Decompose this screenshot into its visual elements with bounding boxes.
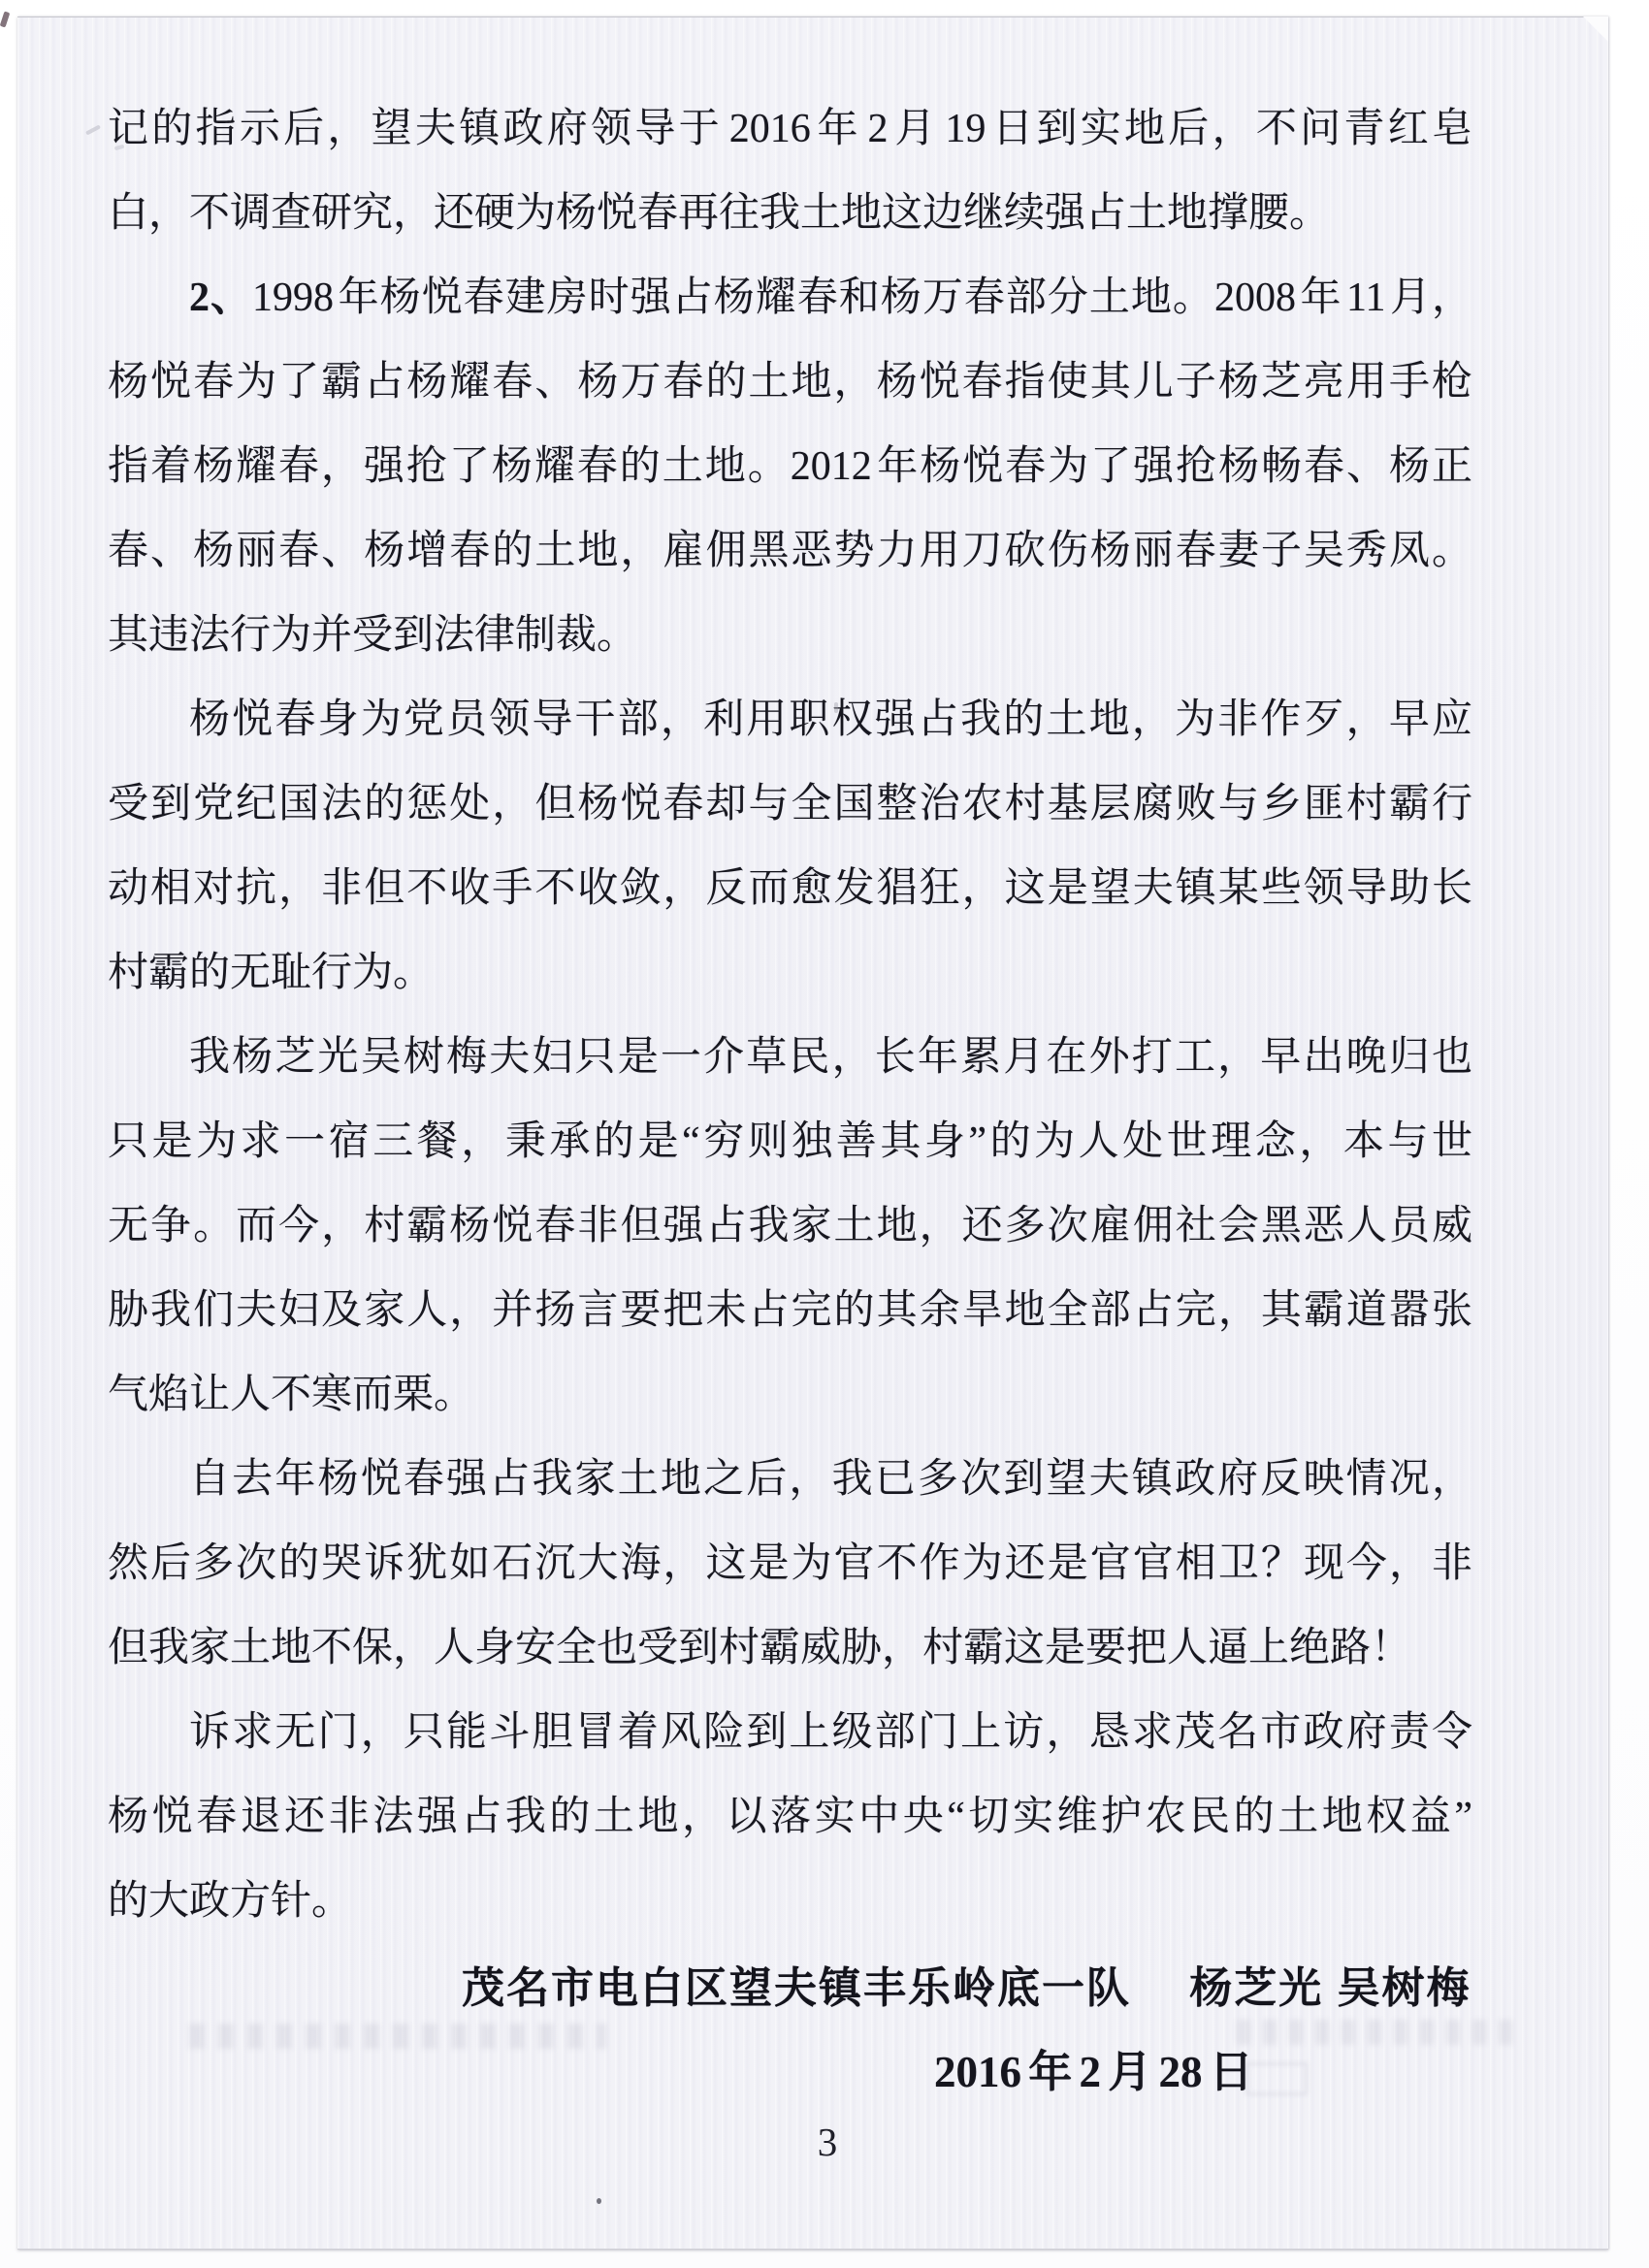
- text-line: 春、杨丽春、杨增春的土地，雇佣黑恶势力用刀砍伤杨丽春妻子吴秀凤。: [108, 509, 1472, 594]
- text-line: 的大政方针。: [108, 1860, 1472, 1944]
- text-line: 只是为求一宿三餐，秉承的是“穷则独善其身”的为人处世理念，本与世: [108, 1100, 1472, 1184]
- text-line: 动相对抗，非但不收手不收敛，反而愈发猖狂，这是望夫镇某些领导助长: [108, 847, 1472, 931]
- text-line: 然后多次的哭诉犹如石沉大海，这是为官不作为还是官官相卫？现今，非: [108, 1522, 1472, 1606]
- document-body: 记的指示后，望夫镇政府领导于 2016 年 2 月 19 日到实地后，不问青红皂…: [108, 87, 1472, 1944]
- text-line: 记的指示后，望夫镇政府领导于 2016 年 2 月 19 日到实地后，不问青红皂: [108, 87, 1472, 172]
- signature-line: 茂名市电白区望夫镇丰乐岭底一队 杨芝光 吴树梅: [462, 1960, 1471, 2018]
- text-line: 我杨芝光吴树梅夫妇只是一介草民，长年累月在外打工，早出晚归也: [108, 1016, 1472, 1100]
- page-corner-clip: [1583, 16, 1608, 42]
- text-line: 杨悦春身为党员领导干部，利用职权强占我的土地，为非作歹，早应: [108, 678, 1472, 762]
- text-line: 气焰让人不寒而栗。: [108, 1353, 1472, 1438]
- text-line: 无争。而今，村霸杨悦春非但强占我家土地，还多次雇佣社会黑恶人员威: [108, 1184, 1472, 1269]
- paragraph-number: 2、: [189, 275, 252, 320]
- text-line: 白，不调查研究，还硬为杨悦春再往我土地这边继续强占土地撑腰。: [108, 172, 1472, 256]
- text-line: 村霸的无耻行为。: [108, 931, 1472, 1016]
- text-line-rest: 1998 年杨悦春建房时强占杨耀春和杨万春部分土地。2008 年 11 月，: [252, 275, 1472, 320]
- text-line: 指着杨耀春，强抢了杨耀春的土地。2012 年杨悦春为了强抢杨畅春、杨正: [108, 425, 1472, 509]
- text-line: 杨悦春退还非法强占我的土地，以落实中央“切实维护农民的土地权益”: [108, 1775, 1472, 1860]
- text-line: 自去年杨悦春强占我家土地之后，我已多次到望夫镇政府反映情况，: [108, 1438, 1472, 1522]
- date-line: 2016 年 2 月 28 日: [934, 2045, 1253, 2099]
- text-line: 2、1998 年杨悦春建房时强占杨耀春和杨万春部分土地。2008 年 11 月，: [108, 256, 1472, 340]
- text-line: 杨悦春为了霸占杨耀春、杨万春的土地，杨悦春指使其儿子杨芝亮用手枪: [108, 340, 1472, 425]
- text-line: 受到党纪国法的惩处，但杨悦春却与全国整治农村基层腐败与乡匪村霸行: [108, 762, 1472, 847]
- text-line: 诉求无门，只能斗胆冒着风险到上级部门上访，恳求茂名市政府责令: [108, 1691, 1472, 1775]
- text-line: 其违法行为并受到法律制裁。: [108, 594, 1472, 678]
- text-line: 胁我们夫妇及家人，并扬言要把未占完的其余旱地全部占完，其霸道嚣张: [108, 1269, 1472, 1353]
- scan-artifact: [0, 11, 10, 27]
- text-line: 但我家土地不保，人身安全也受到村霸威胁，村霸这是要把人逼上绝路！: [108, 1606, 1472, 1691]
- scanner-background: 记的指示后，望夫镇政府领导于 2016 年 2 月 19 日到实地后，不问青红皂…: [0, 0, 1649, 2268]
- page-number: 3: [793, 2115, 861, 2169]
- document-page: 记的指示后，望夫镇政府领导于 2016 年 2 月 19 日到实地后，不问青红皂…: [17, 16, 1608, 2250]
